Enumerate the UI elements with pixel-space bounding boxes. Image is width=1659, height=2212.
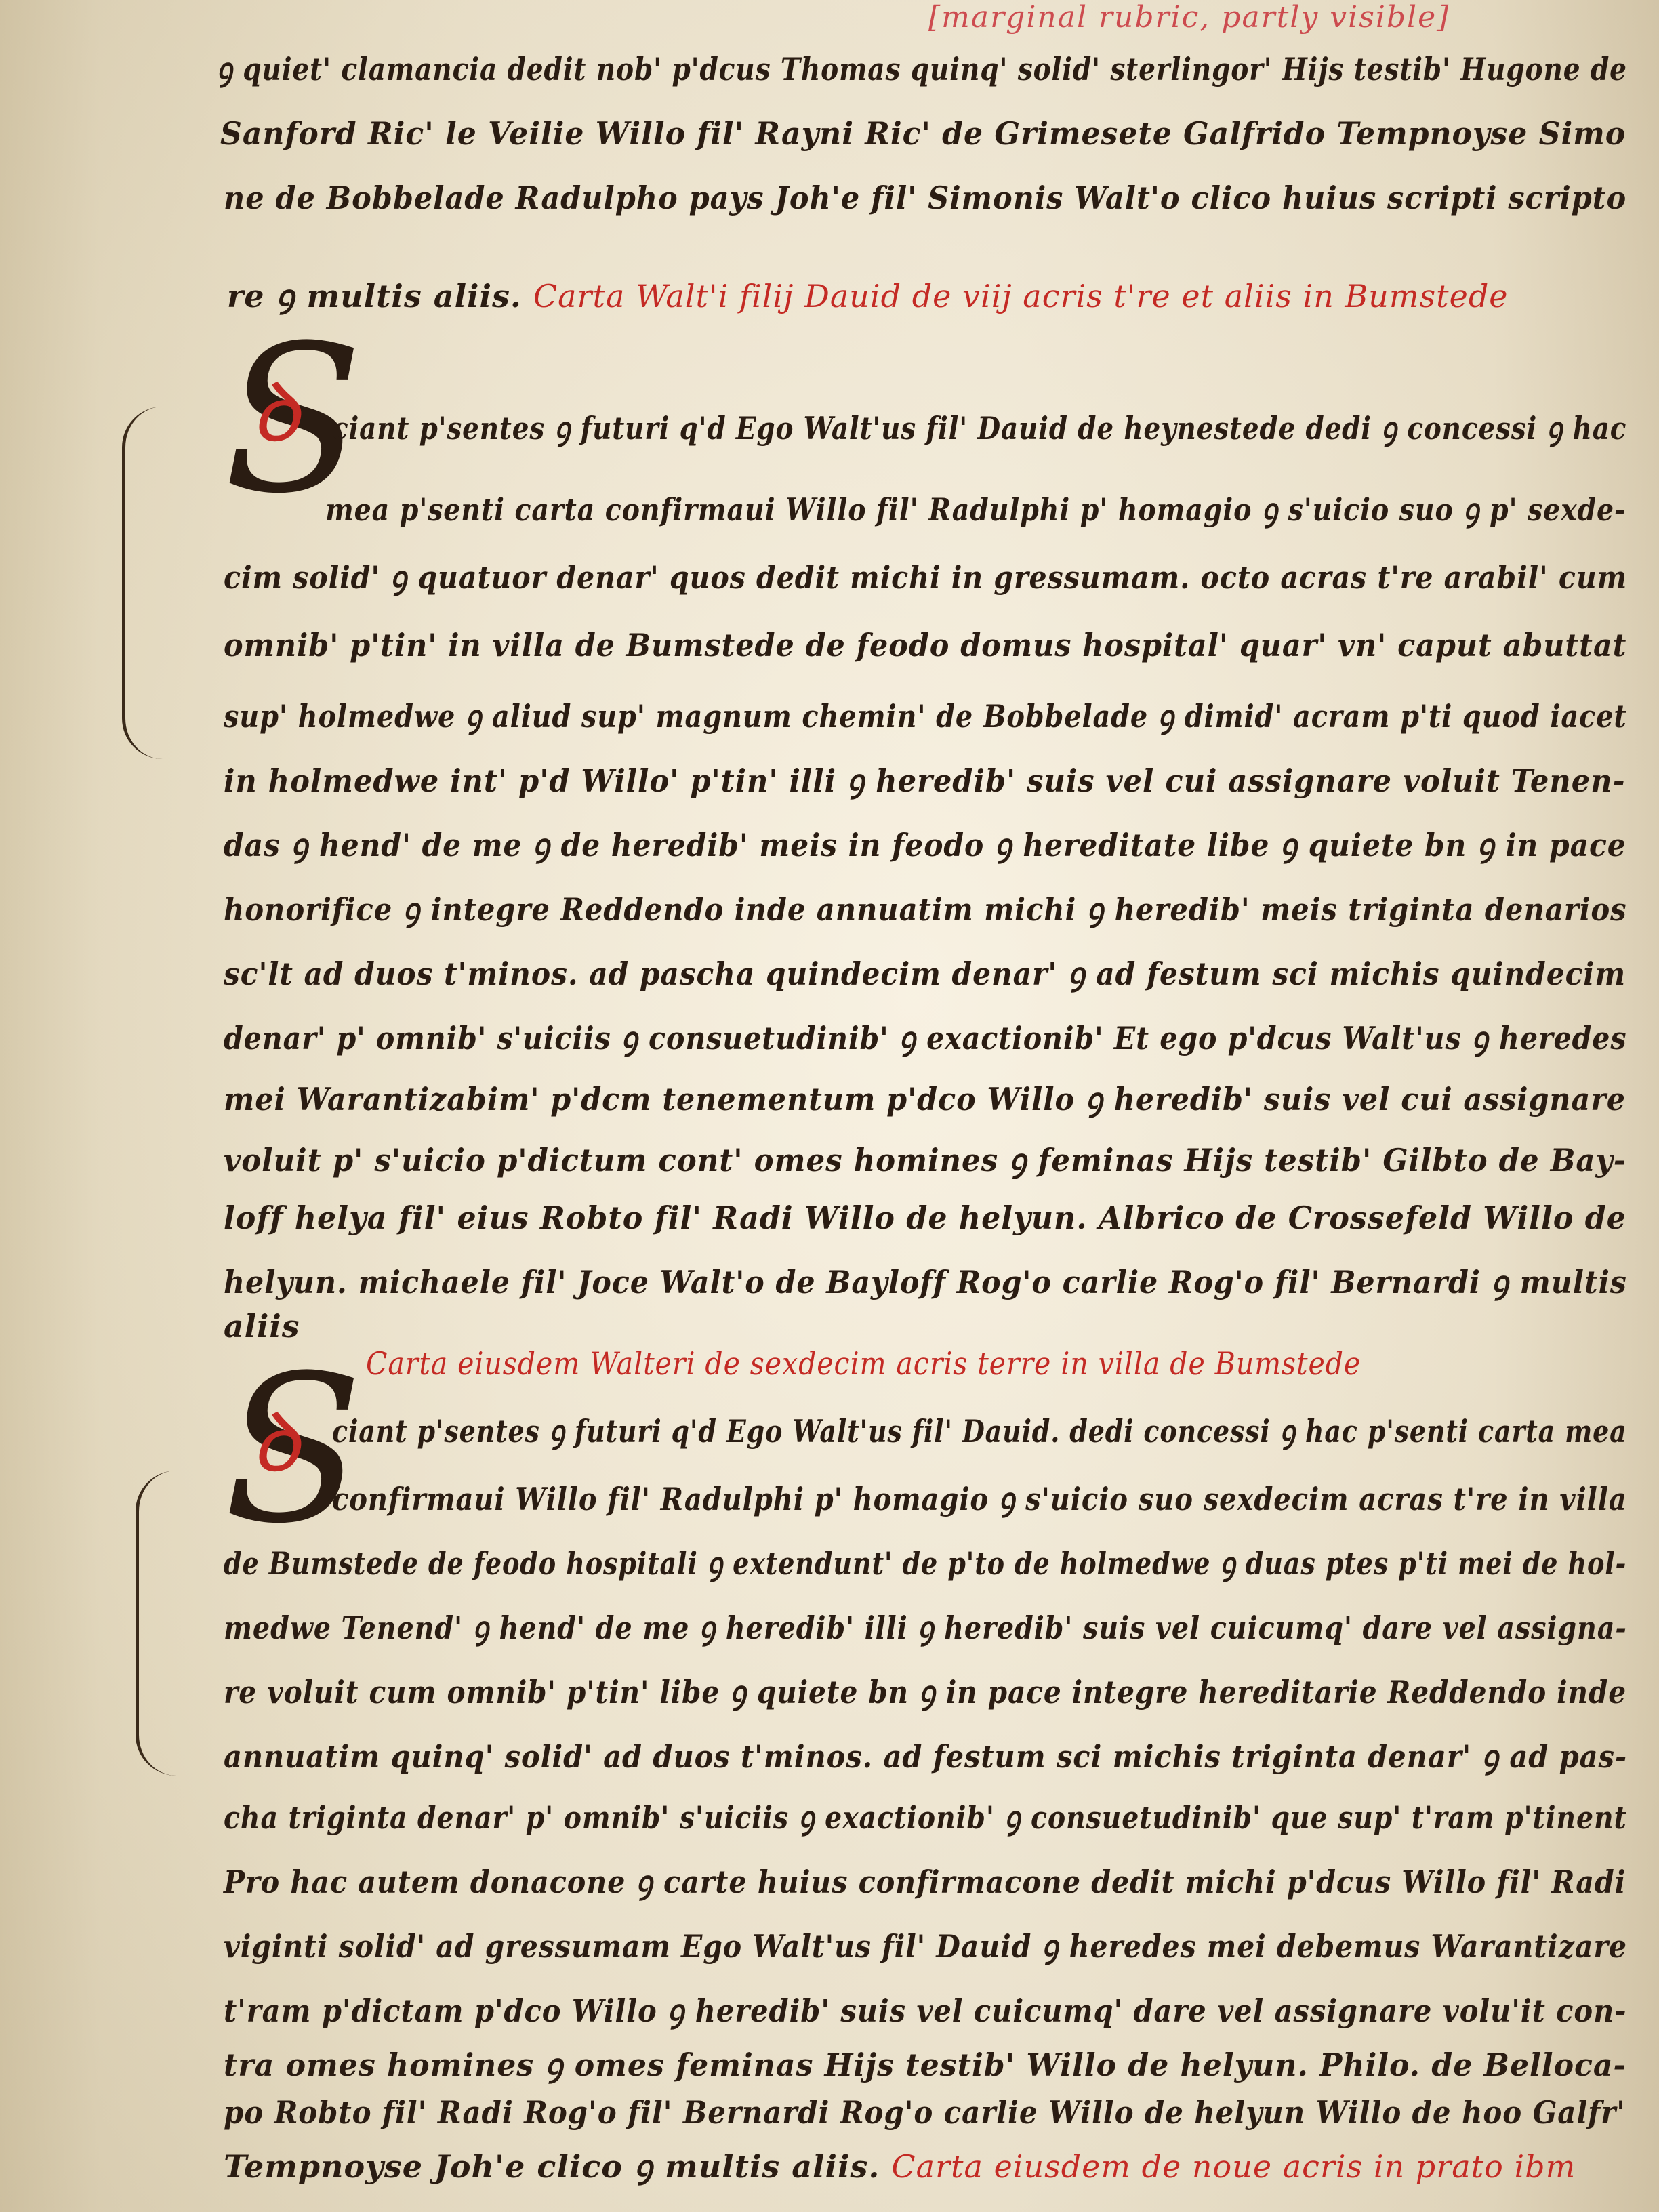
text-line-content: Tempnoyse Joh'e clico ꝯ multis aliis. xyxy=(224,2148,880,2185)
charter-2-line: Tempnoyse Joh'e clico ꝯ multis aliis. Ca… xyxy=(224,2145,1576,2187)
charter-1-line: denar' p' omnib' s'uiciis ꝯ consuetudini… xyxy=(224,1017,1486,1059)
charter-2-line: medwe Tenend' ꝯ hend' de me ꝯ heredib' i… xyxy=(224,1606,1441,1648)
text-line: ꝯ quiet' clamancia dedit nob' p'dcus Tho… xyxy=(217,47,1415,89)
text-line: re ꝯ multis aliis. Carta Walt'i filij Da… xyxy=(227,274,1509,316)
charter-2-line: po Robto fil' Radi Rog'o fil' Bernardi R… xyxy=(224,2094,1508,2131)
charter-1-line: omnib' p'tin' in villa de Bumstede de fe… xyxy=(224,627,1539,663)
charter-1-line: helyun. michaele fil' Joce Walt'o de Bay… xyxy=(224,1261,1533,1303)
manuscript-page: [marginal rubric, partly visible] ꝯ quie… xyxy=(0,0,1659,2212)
charter-2-line: t'ram p'dictam p'dco Willo ꝯ heredib' su… xyxy=(224,1989,1499,2031)
charter-1-line: in holmedwe int' p'd Willo' p'tin' illi … xyxy=(224,759,1549,801)
charter-1-line: sc'lt ad duos t'minos. ad pascha quindec… xyxy=(224,952,1522,994)
charter-1-line: das ꝯ hend' de me ꝯ de heredib' meis in … xyxy=(224,823,1523,865)
marginal-rubric-fragment: [marginal rubric, partly visible] xyxy=(928,0,1450,35)
text-line: ne de Bobbelade Radulpho pays Joh'e fil'… xyxy=(224,180,1543,216)
charter-1-line: mea p'senti carta confirmaui Willo fil' … xyxy=(325,488,1437,530)
charter-1-line: honorifice ꝯ integre Reddendo inde annua… xyxy=(224,888,1504,930)
charter-2-line: ciant p'sentes ꝯ futuri q'd Ego Walt'us … xyxy=(332,1410,1395,1452)
text-line: Sanford Ric' le Veilie Willo fil' Rayni … xyxy=(220,115,1572,152)
charter-1-line: loff helya fil' eius Robto fil' Radi Wil… xyxy=(224,1200,1582,1236)
charter-2-line: cha triginta denar' p' omnib' s'uiciis ꝯ… xyxy=(224,1796,1433,1838)
charter-1-line: voluit p' s'uicio p'dictum cont' omes ho… xyxy=(224,1139,1556,1181)
charter-2-line: viginti solid' ad gressumam Ego Walt'us … xyxy=(224,1925,1482,1967)
rubric-heading-3: Carta eiusdem de noue acris in prato ibm xyxy=(891,2148,1576,2185)
charter-2-line: re voluit cum omnib' p'tin' libe ꝯ quiet… xyxy=(224,1671,1470,1713)
rubric-heading-2: Carta eiusdem Walteri de sexdecim acris … xyxy=(366,1345,1626,1382)
initial-red-accent: ꝺ xyxy=(251,1403,300,1484)
initial-flourish-1 xyxy=(122,407,166,759)
charter-2-line: confirmaui Willo fil' Radulphi p' homagi… xyxy=(332,1477,1455,1519)
rubric-fragment-text: [marginal rubric, partly visible] xyxy=(928,0,1450,35)
charter-1-line: sup' holmedwe ꝯ aliud sup' magnum chemin… xyxy=(224,695,1444,737)
charter-2-line: de Bumstede de feodo hospitali ꝯ extendu… xyxy=(224,1542,1392,1584)
rubric-heading-1: Carta Walt'i filij Dauid de viij acris t… xyxy=(533,278,1509,314)
charter-2-line: Pro hac autem donacone ꝯ carte huius con… xyxy=(224,1860,1490,1902)
charter-1-line: ciant p'sentes ꝯ futuri q'd Ego Walt'us … xyxy=(332,407,1421,449)
charter-1-line: cim solid' ꝯ quatuor denar' quos dedit m… xyxy=(224,556,1486,598)
initial-flourish-2 xyxy=(136,1471,180,1776)
charter-1-line: mei Warantizabim' p'dcm tenementum p'dco… xyxy=(224,1078,1538,1120)
charter-2-line: annuatim quinq' solid' ad duos t'minos. … xyxy=(224,1735,1499,1777)
charter-1-line: aliis xyxy=(224,1308,1626,1345)
initial-red-accent: ꝺ xyxy=(251,373,300,454)
charter-2-line: tra omes homines ꝯ omes feminas Hijs tes… xyxy=(224,2043,1578,2085)
